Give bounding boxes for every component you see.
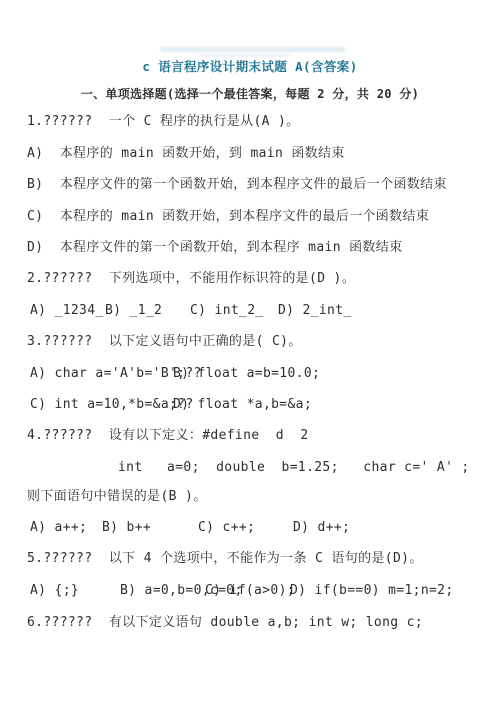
question-6-stem-text: 6.?????? 有以下定义语句 double a,b; int w; long… bbox=[27, 615, 423, 631]
question-3-stem: 3.?????? 以下定义语句中正确的是( C)。 bbox=[0, 334, 500, 351]
question-5-options: A) {;}B) a=0,b=0,c=0;C) if(a>0);D) if(b=… bbox=[0, 583, 500, 600]
question-5-option-d: D) if(b==0) m=1;n=2; bbox=[290, 583, 454, 599]
question-1-option-a-text: A) 本程序的 main 函数开始，到 main 函数结束 bbox=[27, 146, 345, 162]
question-1-option-d: D) 本程序文件的第一个函数开始，到本程序 main 函数结束 bbox=[0, 240, 500, 257]
question-2-option-c: C) int_2_ bbox=[190, 303, 264, 319]
question-4-stem-text: 4.?????? 设有以下定义：#define d 2 bbox=[27, 428, 309, 444]
question-1-stem-text: 1.?????? 一个 C 程序的执行是从(A )。 bbox=[27, 114, 300, 130]
question-4-prompt-text: 则下面语句中错误的是(B )。 bbox=[27, 489, 207, 505]
question-1-option-b-text: B) 本程序文件的第一个函数开始，到本程序文件的最后一个函数结束 bbox=[27, 177, 447, 193]
question-5-stem: 5.?????? 以下 4 个选项中，不能作为一条 C 语句的是(D)。 bbox=[0, 551, 500, 568]
question-3-option-b: B) float a=b=10.0; bbox=[173, 366, 320, 382]
question-1-option-d-text: D) 本程序文件的第一个函数开始，到本程序 main 函数结束 bbox=[27, 240, 402, 256]
question-1-option-b: B) 本程序文件的第一个函数开始，到本程序文件的最后一个函数结束 bbox=[0, 177, 500, 194]
question-3-options-ab: A) char a='A'b='B';??B) float a=b=10.0; bbox=[0, 366, 500, 383]
question-4-options: A) a++;B) b++C) c++;D) d++; bbox=[0, 520, 500, 537]
question-4-definition: int a=0; double b=1.25; char c=' A' ; bbox=[0, 460, 500, 477]
question-2-options: A) _1234_B) _1_2C) int_2_D) 2_int_ bbox=[0, 303, 500, 320]
question-2-option-d: D) 2_int_ bbox=[278, 303, 352, 319]
question-3-options-cd: C) int a=10,*b=&a;??D) float *a,b=&a; bbox=[0, 397, 500, 414]
question-3-option-c: C) int a=10,*b=&a;?? bbox=[30, 397, 194, 413]
question-2-option-a: A) _1234_ bbox=[30, 303, 104, 319]
exam-document-page: c 语言程序设计期末试题 A(含答案) 一、单项选择题(选择一个最佳答案，每题 … bbox=[0, 0, 500, 707]
question-4-option-c: C) c++; bbox=[198, 520, 255, 536]
question-4-option-b: B) b++ bbox=[102, 520, 151, 536]
question-4-option-a: A) a++; bbox=[30, 520, 87, 536]
question-1-option-c-text: C) 本程序的 main 函数开始，到本程序文件的最后一个函数结束 bbox=[27, 209, 429, 225]
document-lines: 1.?????? 一个 C 程序的执行是从(A )。A) 本程序的 main 函… bbox=[0, 0, 500, 707]
question-4-stem: 4.?????? 设有以下定义：#define d 2 bbox=[0, 428, 500, 445]
question-3-option-d: D) float *a,b=&a; bbox=[173, 397, 312, 413]
question-5-option-c: C) if(a>0); bbox=[205, 583, 295, 599]
question-2-stem-text: 2.?????? 下列选项中，不能用作标识符的是(D )。 bbox=[27, 271, 355, 287]
question-2-option-b: B) _1_2 bbox=[105, 303, 162, 319]
question-4-definition-text: int a=0; double b=1.25; char c=' A' ; bbox=[118, 460, 470, 476]
question-3-stem-text: 3.?????? 以下定义语句中正确的是( C)。 bbox=[27, 334, 302, 350]
question-1-stem: 1.?????? 一个 C 程序的执行是从(A )。 bbox=[0, 114, 500, 131]
question-5-stem-text: 5.?????? 以下 4 个选项中，不能作为一条 C 语句的是(D)。 bbox=[27, 551, 423, 567]
question-1-option-c: C) 本程序的 main 函数开始，到本程序文件的最后一个函数结束 bbox=[0, 209, 500, 226]
question-2-stem: 2.?????? 下列选项中，不能用作标识符的是(D )。 bbox=[0, 271, 500, 288]
question-5-option-a: A) {;} bbox=[30, 583, 79, 599]
question-4-option-d: D) d++; bbox=[293, 520, 350, 536]
question-1-option-a: A) 本程序的 main 函数开始，到 main 函数结束 bbox=[0, 146, 500, 163]
question-6-stem: 6.?????? 有以下定义语句 double a,b; int w; long… bbox=[0, 615, 500, 632]
question-4-prompt: 则下面语句中错误的是(B )。 bbox=[0, 489, 500, 506]
